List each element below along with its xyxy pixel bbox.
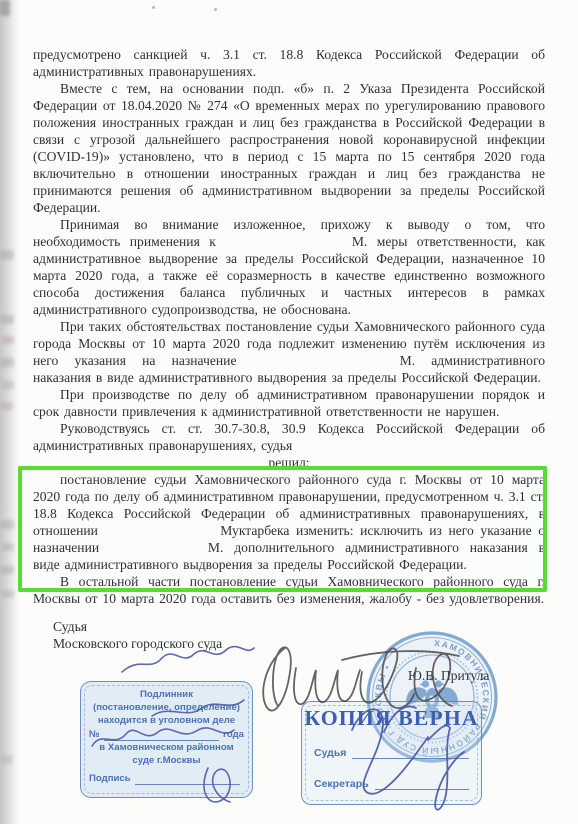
scan-artifact [1,402,13,410]
body-paragraph-8: В остальной части постановление судьи Ха… [33,573,545,607]
scan-artifact [2,543,14,551]
body-paragraph-6: Руководствуясь ст. ст. 30.7-30.8, 30.9 К… [33,420,545,454]
scan-artifact [1,566,14,574]
scan-artifact [152,6,155,9]
scanner-edge-shadow [0,0,20,824]
body-paragraph-2: Вместе с тем, на основании подп. «б» п. … [33,80,545,216]
body-paragraph-4: При таких обстоятельствах постановление … [33,318,545,386]
document-body: предусмотрено санкцией ч. 3.1 ст. 18.8 К… [33,46,545,652]
scan-artifact [0,0,10,16]
scan-artifact [1,358,14,367]
copy-stamp-title: КОПИЯ ВЕРНА [298,706,484,731]
scan-artifact [1,755,13,764]
copy-verna-stamp: КОПИЯ ВЕРНА Судья Секретарь [301,701,482,805]
scan-artifact [0,250,14,260]
scan-artifact [214,8,217,11]
scan-artifact [2,381,14,389]
scan-artifact [2,590,14,598]
body-paragraph-3: Принимая во внимание изложенное, прихожу… [33,216,545,318]
body-paragraph-1: предусмотрено санкцией ч. 3.1 ст. 18.8 К… [33,46,545,80]
scanned-court-document-page: предусмотрено санкцией ч. 3.1 ст. 18.8 К… [0,0,578,824]
judge-name: Ю.В. Притула [408,668,489,684]
scan-artifact [1,315,14,324]
body-paragraph-5: При производстве по делу об администрати… [33,386,545,420]
scan-artifact [2,336,14,344]
resolution-paragraph: постановление судьи Хамовнического район… [33,471,545,573]
scan-artifact [1,520,14,529]
original-in-case-stamp: Подлинник (постановление, определение) н… [80,681,253,798]
resolution-heading: решил: [33,454,545,471]
stamp-microtext-border [84,685,249,794]
